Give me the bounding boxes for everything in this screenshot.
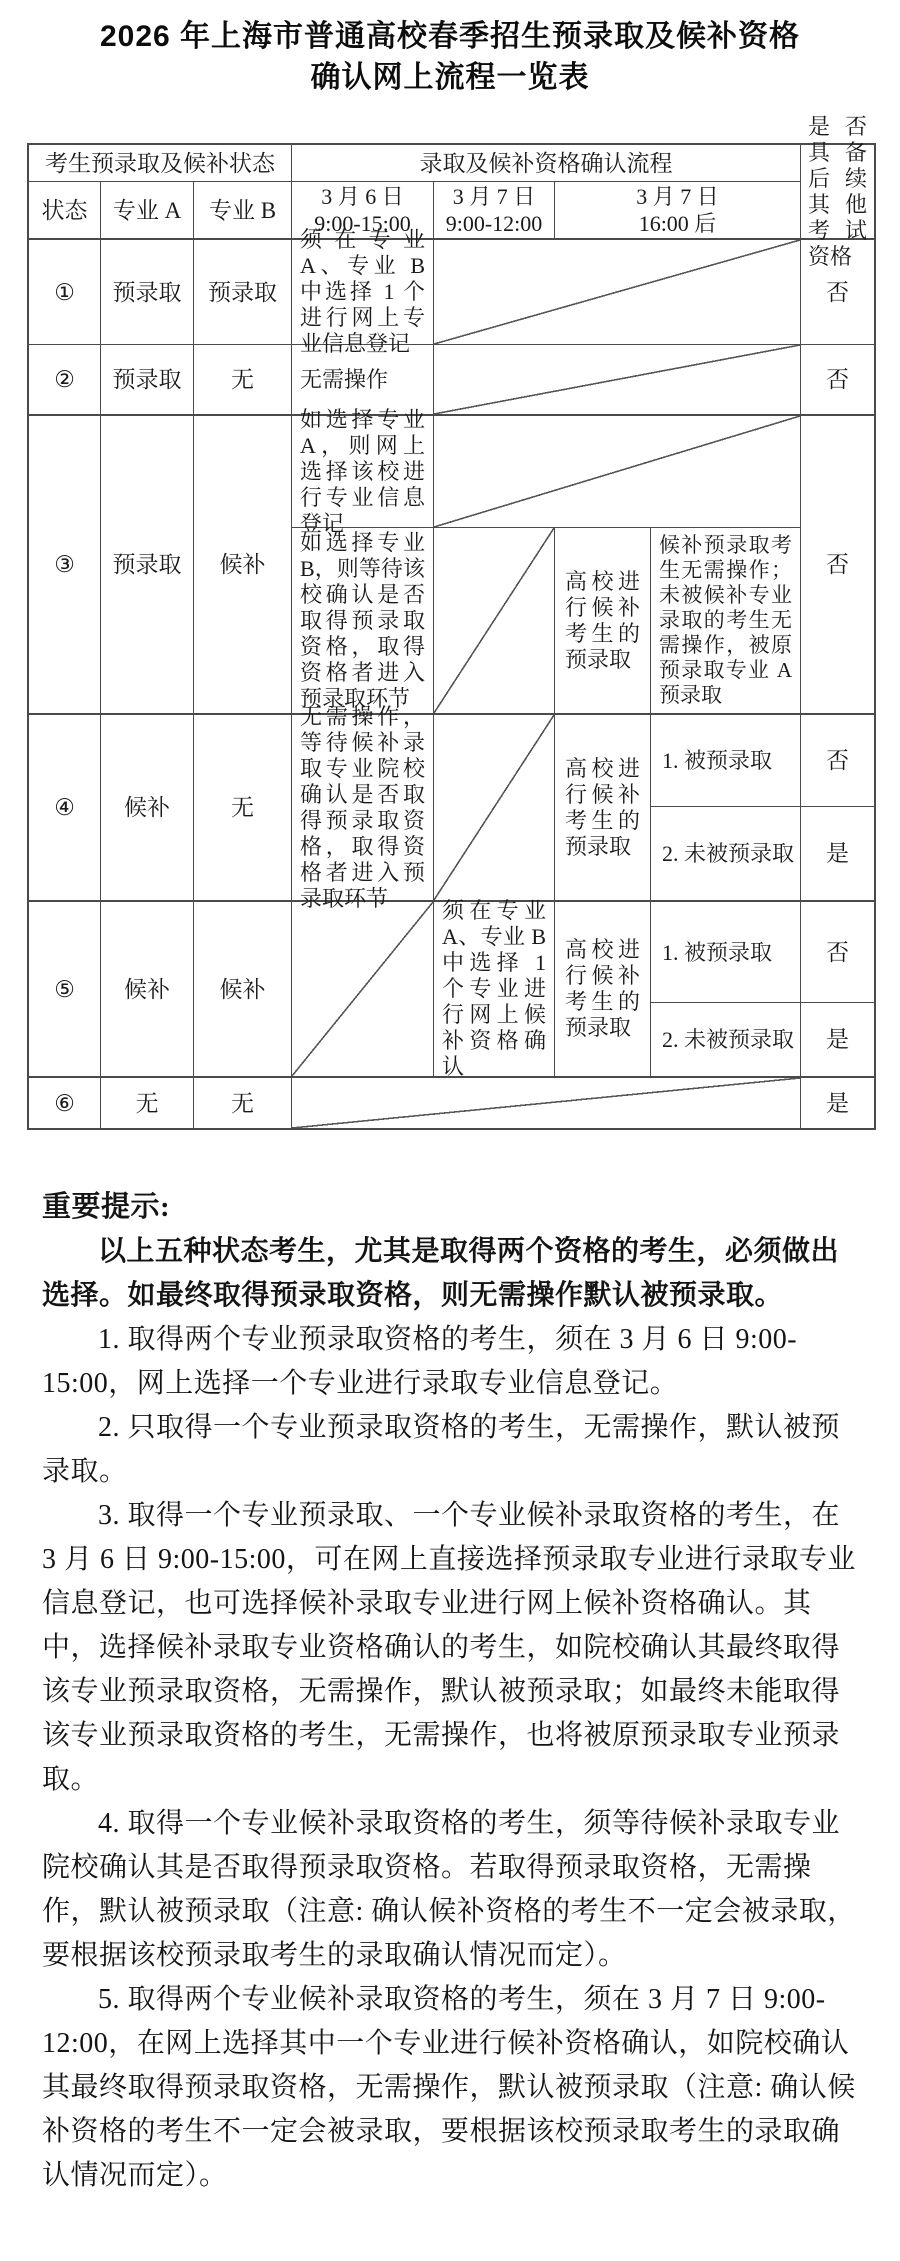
cell-r2-qualified: 否 [801, 345, 874, 416]
header-mar7pm-date: 3 月 7 日 [636, 183, 719, 210]
cell-r5-outcome1-qualified: 否 [801, 902, 874, 1003]
header-confirm-process-group: 录取及候补资格确认流程 [292, 145, 801, 182]
cell-r6-status: ⑥ [29, 1078, 101, 1128]
cell-r3-diagonal-top [434, 416, 801, 528]
page-title: 2026 年上海市普通高校春季招生预录取及候补资格 确认网上流程一览表 [0, 16, 900, 98]
cell-r5-outcome2-qualified: 是 [801, 1003, 874, 1078]
cell-r4-outcome2-qualified: 是 [801, 807, 874, 902]
cell-r5-outcome2: 2. 未被预录取 [651, 1003, 801, 1078]
cell-r1-major-b: 预录取 [194, 240, 292, 345]
cell-r1-major-a: 预录取 [101, 240, 194, 345]
cell-r3-major-a: 预录取 [101, 416, 194, 715]
note-item-4: 4. 取得一个专业候补录取资格的考生，须等待候补录取专业院校确认其是否取得预录取… [42, 1802, 858, 1978]
notes-heading: 重要提示: [42, 1184, 858, 1230]
header-mar7pm-time: 16:00 后 [639, 210, 717, 237]
page-title-line2: 确认网上流程一览表 [0, 57, 900, 98]
page-title-line1: 2026 年上海市普通高校春季招生预录取及候补资格 [0, 16, 900, 57]
cell-r2-mar6: 无需操作 [292, 345, 434, 416]
cell-r2-status: ② [29, 345, 101, 416]
cell-r3-mar7pm-result: 候补预录取考生无需操作；未被候补专业录取的考生无需操作，被原预录取专业 A 预录… [651, 528, 801, 715]
cell-r1-status: ① [29, 240, 101, 345]
cell-r1-mar6: 须在专业 A、专业 B 中选择 1 个进行网上专业信息登记 [292, 240, 434, 345]
header-mar7am: 3 月 7 日 9:00-12:00 [434, 182, 555, 240]
cell-r1-qualified: 否 [801, 240, 874, 345]
cell-r4-major-b: 无 [194, 715, 292, 902]
cell-r6-major-b: 无 [194, 1078, 292, 1128]
note-item-5: 5. 取得两个专业候补录取资格的考生，须在 3 月 7 日 9:00-12:00… [42, 1978, 858, 2198]
cell-r4-outcome1: 1. 被预录取 [651, 715, 801, 807]
header-followup-qualification: 是否具备后续其他考试资格 [801, 145, 874, 240]
cell-r3-mar6-choice-b: 如选择专业 B，则等待该校确认是否取得预录取资格，取得资格者进入预录取环节 [292, 528, 434, 715]
header-mar6-date: 3 月 6 日 [321, 183, 404, 210]
cell-r4-outcome2: 2. 未被预录取 [651, 807, 801, 902]
note-item-3: 3. 取得一个专业预录取、一个专业候补录取资格的考生，在 3 月 6 日 9:0… [42, 1494, 858, 1802]
cell-r3-status: ③ [29, 416, 101, 715]
cell-r1-diagonal [434, 240, 801, 345]
header-candidate-status-group: 考生预录取及候补状态 [29, 145, 292, 182]
cell-r3-diagonal-mid [434, 528, 555, 715]
cell-r2-major-a: 预录取 [101, 345, 194, 416]
header-status: 状态 [29, 182, 101, 240]
process-table: 考生预录取及候补状态 录取及候补资格确认流程 是否具备后续其他考试资格 状态 专… [27, 143, 876, 1130]
cell-r3-qualified: 否 [801, 416, 874, 715]
cell-r5-diagonal [292, 902, 434, 1078]
document-page: 2026 年上海市普通高校春季招生预录取及候补资格 确认网上流程一览表 考生预录… [0, 0, 900, 2261]
header-mar7am-date: 3 月 7 日 [453, 183, 536, 210]
cell-r2-major-b: 无 [194, 345, 292, 416]
cell-r4-mar7pm-process: 高校进行候补考生的预录取 [555, 715, 651, 902]
cell-r4-major-a: 候补 [101, 715, 194, 902]
cell-r3-mar6-choice-a: 如选择专业 A，则网上选择该校进行专业信息登记 [292, 416, 434, 528]
note-item-2: 2. 只取得一个专业预录取资格的考生，无需操作，默认被预录取。 [42, 1406, 858, 1494]
note-item-1: 1. 取得两个专业预录取资格的考生，须在 3 月 6 日 9:00-15:00，… [42, 1318, 858, 1406]
important-notes: 重要提示: 以上五种状态考生，尤其是取得两个资格的考生，必须做出选择。如最终取得… [42, 1184, 858, 2198]
cell-r2-diagonal [434, 345, 801, 416]
header-major-b: 专业 B [194, 182, 292, 240]
cell-r5-mar7am: 须在专业 A、专业 B 中选择 1 个专业进行网上候补资格确认 [434, 902, 555, 1078]
cell-r5-status: ⑤ [29, 902, 101, 1078]
cell-r5-major-a: 候补 [101, 902, 194, 1078]
cell-r3-mar7pm-process: 高校进行候补考生的预录取 [555, 528, 651, 715]
notes-intro: 以上五种状态考生，尤其是取得两个资格的考生，必须做出选择。如最终取得预录取资格，… [42, 1230, 858, 1318]
cell-r4-mar6: 无需操作，等待候补录取专业院校确认是否取得预录取资格，取得资格者进入预录取环节 [292, 715, 434, 902]
cell-r6-qualified: 是 [801, 1078, 874, 1128]
cell-r3-major-b: 候补 [194, 416, 292, 715]
cell-r5-outcome1: 1. 被预录取 [651, 902, 801, 1003]
cell-r6-diagonal [292, 1078, 801, 1128]
cell-r5-mar7pm-process: 高校进行候补考生的预录取 [555, 902, 651, 1078]
cell-r4-status: ④ [29, 715, 101, 902]
header-mar7pm: 3 月 7 日 16:00 后 [555, 182, 801, 240]
cell-r5-major-b: 候补 [194, 902, 292, 1078]
cell-r4-outcome1-qualified: 否 [801, 715, 874, 807]
header-major-a: 专业 A [101, 182, 194, 240]
cell-r6-major-a: 无 [101, 1078, 194, 1128]
cell-r4-diagonal [434, 715, 555, 902]
header-mar7am-time: 9:00-12:00 [446, 210, 543, 237]
